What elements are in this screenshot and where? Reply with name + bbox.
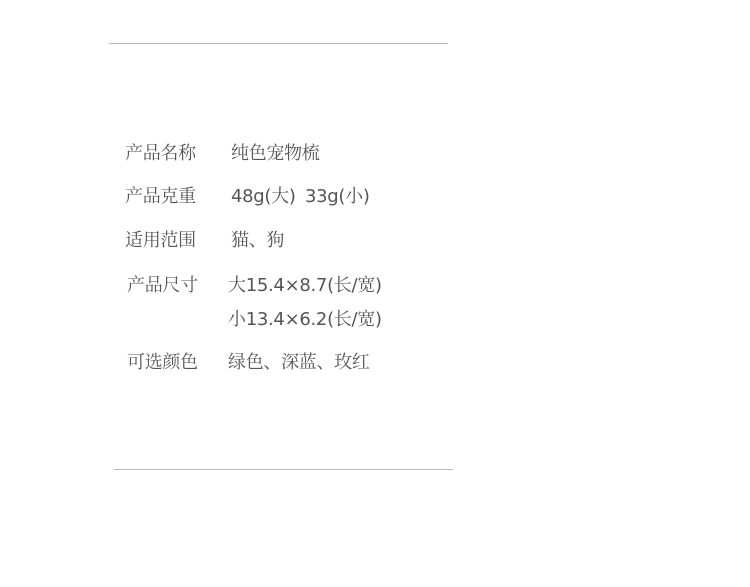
bottom-divider [114,469,453,470]
spec-label: 产品克重 [125,186,196,208]
spec-value-small: 33g(小) [305,186,370,208]
spec-value: 猫、狗 [231,230,284,252]
top-divider [109,43,448,44]
spec-value-large: 48g(大) [231,186,296,208]
spec-label: 产品名称 [125,143,196,165]
spec-value-line2: 小13.4×6.2(长/宽) [228,309,382,331]
spec-value: 绿色、深蓝、玫红 [228,352,370,374]
spec-value-line1: 大15.4×8.7(长/宽) [228,275,382,297]
spec-label: 产品尺寸 [127,275,198,297]
spec-value: 纯色宠物梳 [231,143,320,165]
spec-label: 适用范围 [125,230,196,252]
spec-label: 可选颜色 [127,352,198,374]
